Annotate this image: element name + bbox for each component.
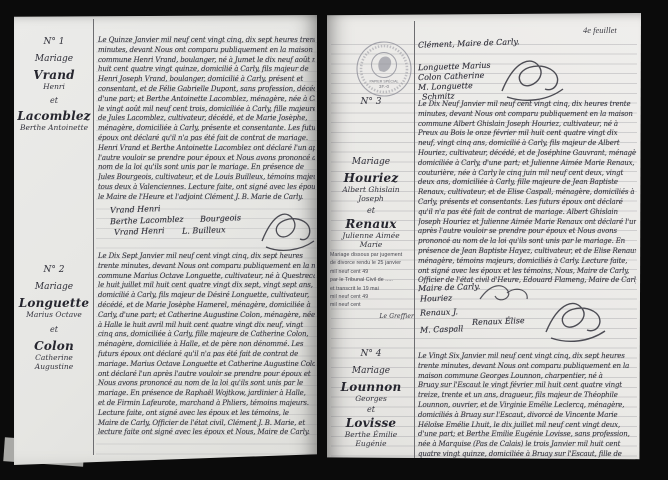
handwriting-line: de Jules Lacomblez, cultivateur, décédé,… xyxy=(98,114,315,124)
handwriting-line: mariage. Marius Octave Longuette et Cath… xyxy=(98,360,315,370)
record-type: Mariage xyxy=(330,157,412,167)
handwriting-line: cinq ans, domiciliée à Carly, fille maje… xyxy=(98,330,315,340)
handwriting-line: neuf, vingt cinq ans, domicilié à Carly,… xyxy=(418,139,636,149)
record-number: N° 2 xyxy=(16,265,92,275)
handwriting-line: domiciliée à Carly, d'une part; et Julie… xyxy=(418,159,636,169)
conjunction-et: et xyxy=(16,325,92,334)
signature-flourish xyxy=(258,207,317,253)
register-page-left: N° 1 Mariage Vrand Henri et Lacomblez Be… xyxy=(14,15,317,465)
signature: Berthe Lacomblez xyxy=(110,215,184,227)
signature: Colon Catherine xyxy=(418,71,485,82)
divorce-stamp-line: mil neuf cent xyxy=(330,301,414,309)
bride-surname: Lovisse xyxy=(330,416,412,430)
margin-annotation-record-1: N° 1 Mariage Vrand Henri et Lacomblez Be… xyxy=(16,37,92,132)
signature: Vrand Henri xyxy=(114,226,165,237)
handwriting-line: Le Dix Neuf Janvier mil neuf cent vingt … xyxy=(418,100,636,110)
groom-firstnames: Georges xyxy=(330,394,412,403)
handwriting-line: Bruay sur l'Escaut le vingt février mil … xyxy=(418,381,636,391)
revenue-stamp: PAPIER SPÉCIAL 3F.-0 xyxy=(354,39,414,99)
handwriting-line: l'autre vouloir se prendre pour époux et… xyxy=(98,154,315,164)
bride-firstnames: Julienne Aimée Marie xyxy=(330,231,412,249)
handwriting-line: ont déclaré l'un après l'autre vouloir s… xyxy=(98,370,315,380)
act-body-record-4: Le Vingt Six Janvier mil neuf cent vingt… xyxy=(418,352,636,460)
act-body-record-1: Le Quinze Janvier mil neuf cent vingt ci… xyxy=(98,36,315,203)
handwriting-line: née à Marquise (Pas de Calais) le trois … xyxy=(418,440,636,450)
handwriting-line: couturière, née à Carly le cinq juin mil… xyxy=(418,169,636,179)
handwriting-line: ménagère, domiciliée à Halle, et de père… xyxy=(98,340,315,350)
record-type: Mariage xyxy=(16,54,92,64)
handwriting-line: le Maire de l'Heure et l'adjoint Clément… xyxy=(98,193,315,203)
signature: Houriez xyxy=(420,293,453,303)
handwriting-line: après l'autre vouloir se prendre pour ép… xyxy=(418,227,636,237)
margin-annotation-record-2: N° 2 Mariage Longuette Marius Octave et … xyxy=(16,265,92,371)
handwriting-line: Henri Joseph Vrand, boulanger, domicilié… xyxy=(98,75,315,85)
act-body-record-2: Le Dix Sept Janvier mil neuf cent vingt … xyxy=(98,252,315,438)
divorce-stamp-annotation: Mariage dissous par jugementde divorce r… xyxy=(330,251,414,321)
groom-surname: Houriez xyxy=(330,171,412,185)
groom-firstnames: Henri xyxy=(16,82,92,91)
divorce-stamp-line: et transcrit le 19 mai xyxy=(330,285,414,293)
signature: Vrand Henri xyxy=(110,204,161,215)
record-number: N° 1 xyxy=(16,37,92,47)
officiant-line: Clément, Maire de Carly. xyxy=(418,37,520,50)
record-type: Mariage xyxy=(16,282,92,292)
record-number: N° 4 xyxy=(330,349,412,359)
bride-surname: Colon xyxy=(16,339,92,353)
handwriting-line: huit cent quatre vingt quinze, domicilié… xyxy=(98,65,315,75)
handwriting-line: maison commune Georges Lounnon, charpent… xyxy=(418,372,636,382)
register-page-right: 4e feuillet PAPIER SPÉCIAL 3F.-0 N° 3 Ma… xyxy=(327,13,641,461)
bride-firstnames: Berthe Antoinette xyxy=(16,123,92,132)
divorce-stamp-line: de divorce rendu le 25 janvier xyxy=(330,259,414,267)
handwriting-line: décédé, et de Marie Josèphe Hamerel, mén… xyxy=(98,301,315,311)
handwriting-line: qu'il n'a pas été fait de contrat de mar… xyxy=(418,208,636,218)
bride-surname: Renaux xyxy=(330,217,412,231)
handwriting-line: lecture faite ont signé avec les époux e… xyxy=(98,428,315,438)
handwriting-line: le vingt août mil neuf cent trois, domic… xyxy=(98,105,315,115)
handwriting-line: commune Albert Ghislain Joseph Houriez, … xyxy=(418,120,636,130)
signature: Renaux Élise xyxy=(472,316,525,327)
signature-flourish xyxy=(541,296,609,344)
signature: Renaux J. xyxy=(420,307,458,317)
handwriting-line: trente minutes, devant Nous ont comparu … xyxy=(98,262,315,272)
margin-rule-left xyxy=(93,19,94,455)
act-body-record-3: Le Dix Neuf Janvier mil neuf cent vingt … xyxy=(418,100,636,286)
divorce-stamp-line: par le Tribunal Civil de ..... xyxy=(330,276,414,284)
handwriting-line: Carly, présents et consentants. Les futu… xyxy=(418,198,636,208)
handwriting-line: présence de Jean Baptiste Hayez, cultiva… xyxy=(418,247,636,257)
handwriting-line: ont signé avec les époux et les témoins,… xyxy=(418,267,636,277)
handwriting-line: Lecture faite, ont signé avec les époux … xyxy=(98,409,315,419)
signature: Bourgeois xyxy=(200,213,241,223)
record-type: Mariage xyxy=(330,366,412,376)
handwriting-line: minutes, devant Nous ont comparu publiqu… xyxy=(418,110,636,120)
handwriting-line: consentant, et de Félie Gabrielle Dupont… xyxy=(98,85,315,95)
groom-firstnames: Marius Octave xyxy=(16,310,92,319)
groom-surname: Lounnon xyxy=(330,380,412,394)
handwriting-line: Le Quinze Janvier mil neuf cent vingt ci… xyxy=(98,36,315,46)
handwriting-line: Lounnon, ouvrier, et de Virginie Émélie … xyxy=(418,401,636,411)
record-number: N° 3 xyxy=(330,97,412,107)
handwriting-line: Carly, d'une part; et Catherine Augustin… xyxy=(98,311,315,321)
handwriting-line: treize, trente et un ans, dragueur, fils… xyxy=(418,391,636,401)
handwriting-line: Joseph Houriez et Julienne Aimée Marie R… xyxy=(418,218,636,228)
handwriting-line: Renaux, cultivateur, et de Élise Caspall… xyxy=(418,188,636,198)
handwriting-line: domiciliés à Bruay sur l'Escaut, divorcé… xyxy=(418,411,636,421)
handwriting-line: quatre vingt quinze, domiciliée à Bruay … xyxy=(418,450,636,460)
groom-firstnames: Albert Ghislain Joseph xyxy=(330,185,412,203)
handwriting-line: Henri Vrand et Berthe Antoinette Lacombl… xyxy=(98,144,315,154)
handwriting-line: nom de la loi qu'ils sont unis par le ma… xyxy=(98,163,315,173)
handwriting-line: ménagère, témoins majeurs, domiciliés à … xyxy=(418,257,636,267)
signature: M. Longuette xyxy=(418,81,473,92)
handwriting-line: prononcé au nom de la loi qu'ils sont un… xyxy=(418,237,636,247)
handwriting-line: Héloïse Émélie Lhuit, le dix juillet mil… xyxy=(418,421,636,431)
divorce-stamp-line: Mariage dissous par jugement xyxy=(330,251,414,259)
margin-annotation-record-3: N° 3 Mariage Houriez Albert Ghislain Jos… xyxy=(330,97,412,249)
conjunction-et: et xyxy=(330,405,412,414)
handwriting-line: Le Dix Sept Janvier mil neuf cent vingt … xyxy=(98,252,315,262)
handwriting-line: mariage. En présence de Raphaël Wojtkow,… xyxy=(98,389,315,399)
handwriting-line: d'une part; et Berthe Antoinette Lacombl… xyxy=(98,95,315,105)
signature: M. Caspall xyxy=(420,324,464,335)
handwriting-line: ménagère, domiciliée à Carly, présente e… xyxy=(98,124,315,134)
stamp-value-svg: 3F.-0 xyxy=(379,84,390,89)
handwriting-line: minutes, devant Nous ont comparu publiqu… xyxy=(98,46,315,56)
marianne-head-icon xyxy=(378,56,391,72)
divorce-stamp-line: mil neuf cent 49 xyxy=(330,268,414,276)
handwriting-line: le huit juillet mil huit cent quatre vin… xyxy=(98,281,315,291)
handwriting-line: Nous avons prononcé au nom de la loi qu'… xyxy=(98,379,315,389)
margin-rule-right xyxy=(414,21,415,461)
handwriting-line: domicilié à Carly, fils majeur de Désiré… xyxy=(98,291,315,301)
handwriting-line: tous deux à Valenciennes. Lecture faite,… xyxy=(98,183,315,193)
stamp-caption-svg: PAPIER SPÉCIAL xyxy=(369,79,398,84)
conjunction-et: et xyxy=(16,96,92,105)
handwriting-line: Le Vingt Six Janvier mil neuf cent vingt… xyxy=(418,352,636,362)
signature: L. Builleux xyxy=(182,225,226,236)
folio-label: 4e feuillet xyxy=(583,25,617,35)
conjunction-et: et xyxy=(330,206,412,215)
handwriting-line: Jules Bourgeois, cultivateur, et de Loui… xyxy=(98,173,315,183)
signature-flourish xyxy=(497,53,567,103)
handwriting-line: à Halle le huit avril mil huit cent quat… xyxy=(98,321,315,331)
handwriting-line: deux ans, domiciliée à Carly, fille maje… xyxy=(418,178,636,188)
handwriting-line: commune Marius Octave Longuette, cultiva… xyxy=(98,272,315,282)
divorce-stamp-line: mil neuf cent 49 xyxy=(330,293,414,301)
handwriting-line: Houriez, cultivateur, décédé, et de José… xyxy=(418,149,636,159)
bride-firstnames: Berthe Émilie Eugénie xyxy=(330,430,412,448)
scanned-register-spread: N° 1 Mariage Vrand Henri et Lacomblez Be… xyxy=(0,0,668,480)
handwriting-line: Preux au Bois le onze février mil huit c… xyxy=(418,129,636,139)
signature: Maire de Carly. xyxy=(418,282,481,293)
margin-annotation-record-4: N° 4 Mariage Lounnon Georges et Lovisse … xyxy=(330,349,412,448)
handwriting-line: et de Firmin Lafeurote, marchand à Phlie… xyxy=(98,399,315,409)
handwriting-line: trente minutes, devant Nous ont comparu … xyxy=(418,362,636,372)
bride-surname: Lacomblez xyxy=(16,109,92,123)
groom-surname: Vrand xyxy=(16,68,92,82)
greffier-signoff: Le Greffier xyxy=(330,313,414,321)
handwriting-line: époux ont déclaré qu'il n'a pas été fait… xyxy=(98,134,315,144)
handwriting-line: futurs époux ont déclaré qu'il n'a pas é… xyxy=(98,350,315,360)
handwriting-line: Maire de Carly, Officier de l'état civil… xyxy=(98,419,315,429)
handwriting-line: d'une part; et Berthe Émilie Eugénie Lov… xyxy=(418,430,636,440)
handwriting-line: commune Henri Vrand, boulanger, né à Jum… xyxy=(98,56,315,66)
groom-surname: Longuette xyxy=(16,296,92,310)
bride-firstnames: Catherine Augustine xyxy=(16,353,92,371)
divorce-stamp-lines: Mariage dissous par jugementde divorce r… xyxy=(330,251,414,310)
